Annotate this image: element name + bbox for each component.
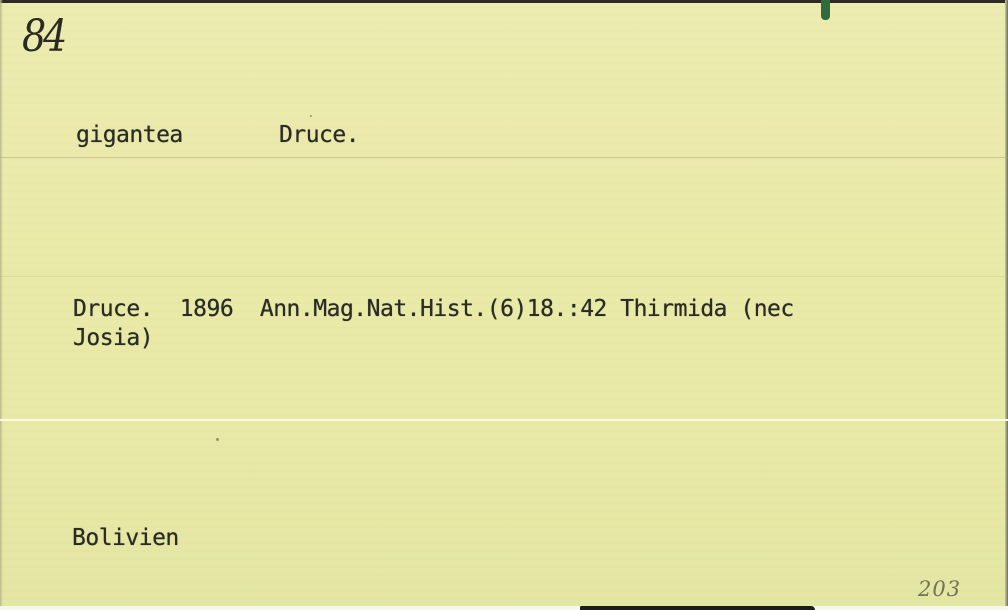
ruled-line bbox=[0, 276, 1008, 277]
index-card: 84 gigantea Druce. Druce. 1896 Ann.Mag.N… bbox=[0, 0, 1008, 610]
card-number-handwritten: 84 bbox=[22, 11, 64, 62]
reference-line-1: Druce. 1896 Ann.Mag.Nat.Hist.(6)18.:42 T… bbox=[73, 296, 794, 322]
page-number-handwritten: 203 bbox=[918, 577, 961, 601]
card-holder-tab bbox=[580, 606, 815, 610]
locality: Bolivien bbox=[72, 525, 179, 551]
card-bottom-edge bbox=[0, 606, 1008, 610]
fold-line bbox=[0, 419, 1008, 421]
paper-speck bbox=[216, 438, 219, 441]
paper-speck bbox=[310, 115, 312, 117]
reference-line-2: Josia) bbox=[73, 325, 153, 351]
species-name: gigantea bbox=[76, 122, 183, 148]
species-author: Druce. bbox=[279, 122, 359, 148]
card-top-edge bbox=[0, 0, 1008, 3]
ruled-line bbox=[0, 157, 1008, 158]
card-left-edge bbox=[0, 0, 3, 610]
green-index-tab bbox=[821, 0, 830, 20]
